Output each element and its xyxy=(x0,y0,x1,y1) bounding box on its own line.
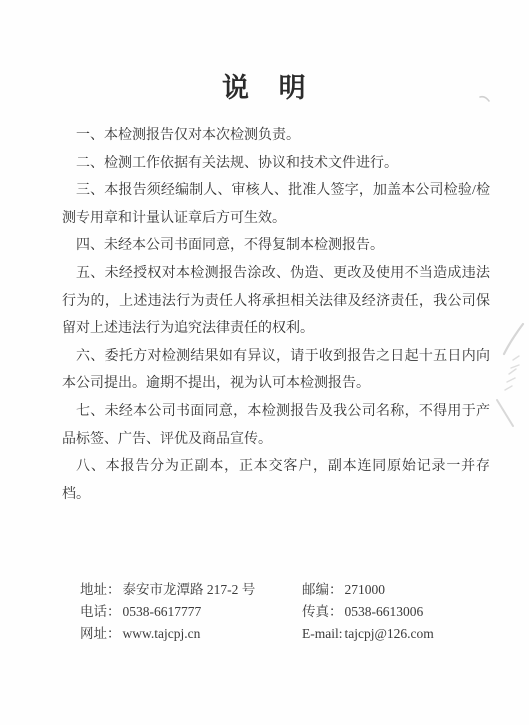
page-title: 说 明 xyxy=(0,0,529,104)
note-item-6: 六、委托方对检测结果如有异议，请于收到报告之日起十五日内向本公司提出。逾期不提出… xyxy=(62,343,490,398)
contact-footer-left: 地址：泰安市龙潭路 217-2 号 电话：0538-6617777 网址：www… xyxy=(80,579,255,645)
scan-smudge-artifact xyxy=(493,322,527,430)
contact-footer-right: 邮编：271000 传真：0538-6613006 E-mail:tajcpj@… xyxy=(302,579,434,645)
postcode-value: 271000 xyxy=(345,582,386,597)
note-item-5: 五、未经授权对本检测报告涂改、伪造、更改及使用不当造成违法行为的，上述违法行为责… xyxy=(62,260,490,343)
note-item-2: 二、检测工作依据有关法规、协议和技术文件进行。 xyxy=(62,150,490,178)
document-page: 说 明 一、本检测报告仅对本次检测负责。 二、检测工作依据有关法规、协议和技术文… xyxy=(0,0,529,725)
note-item-1: 一、本检测报告仅对本次检测负责。 xyxy=(62,122,490,150)
note-item-7: 七、未经本公司书面同意，本检测报告及我公司名称，不得用于产品标签、广告、评优及商… xyxy=(62,398,490,453)
email-row: E-mail:tajcpj@126.com xyxy=(302,623,434,645)
fax-label: 传真： xyxy=(302,604,343,619)
website-label: 网址： xyxy=(80,626,121,641)
phone-label: 电话： xyxy=(80,604,121,619)
postcode-row: 邮编：271000 xyxy=(302,579,434,601)
address-value: 泰安市龙潭路 217-2 号 xyxy=(123,582,256,597)
fax-row: 传真：0538-6613006 xyxy=(302,601,434,623)
phone-value: 0538-6617777 xyxy=(123,604,202,619)
notes-list: 一、本检测报告仅对本次检测负责。 二、检测工作依据有关法规、协议和技术文件进行。… xyxy=(62,122,490,508)
address-row: 地址：泰安市龙潭路 217-2 号 xyxy=(80,579,255,601)
phone-row: 电话：0538-6617777 xyxy=(80,601,255,623)
email-label: E-mail: xyxy=(302,626,343,641)
website-value: www.tajcpj.cn xyxy=(123,626,201,641)
website-row: 网址：www.tajcpj.cn xyxy=(80,623,255,645)
note-item-3: 三、本报告须经编制人、审核人、批准人签字，加盖本公司检验/检测专用章和计量认证章… xyxy=(62,177,490,232)
note-item-8: 八、本报告分为正副本，正本交客户，副本连同原始记录一并存档。 xyxy=(62,453,490,508)
note-item-4: 四、未经本公司书面同意，不得复制本检测报告。 xyxy=(62,232,490,260)
postcode-label: 邮编： xyxy=(302,582,343,597)
fax-value: 0538-6613006 xyxy=(345,604,424,619)
email-value: tajcpj@126.com xyxy=(345,626,434,641)
address-label: 地址： xyxy=(80,582,121,597)
